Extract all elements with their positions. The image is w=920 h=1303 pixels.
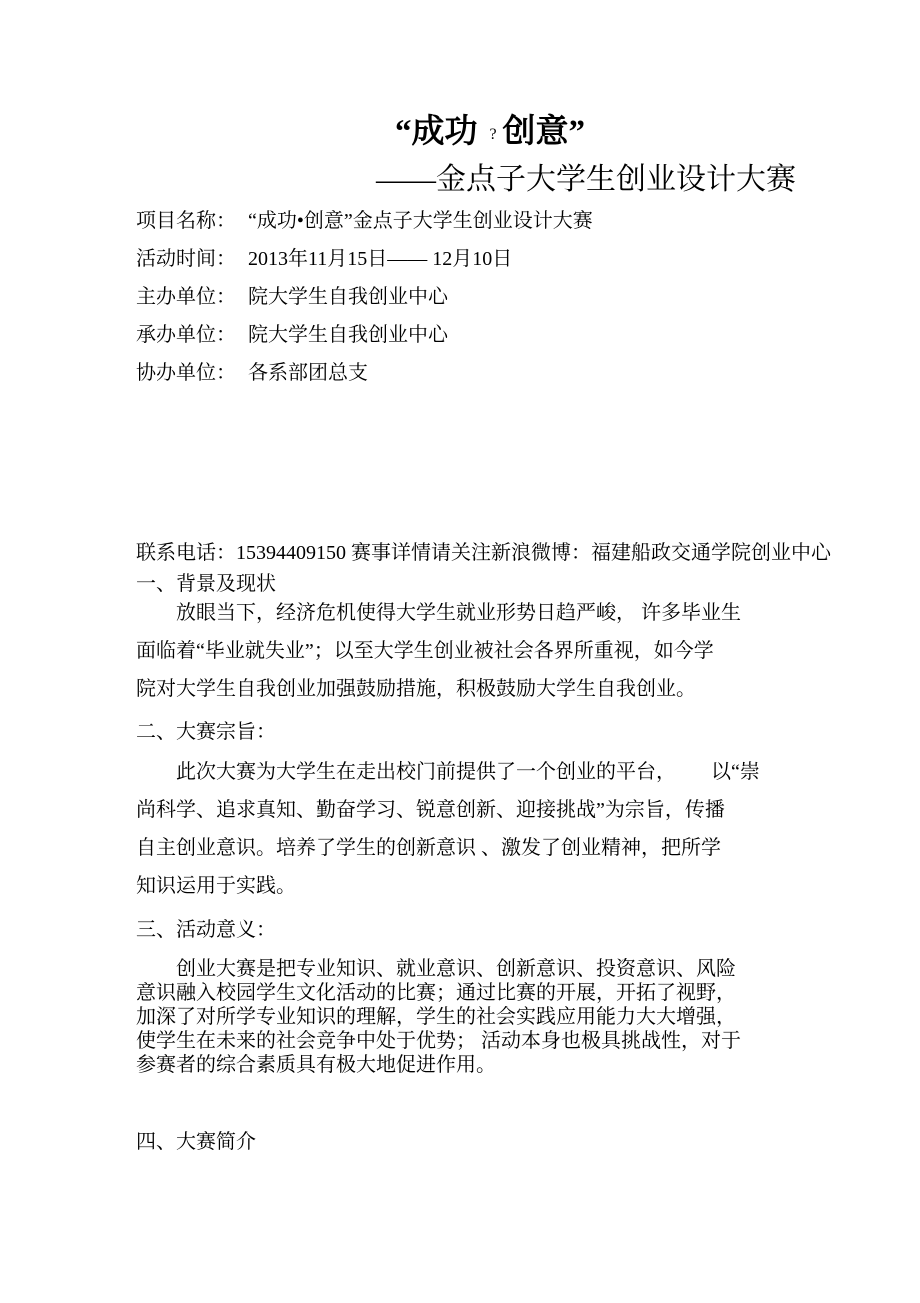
section-background: 一、背景及现状 放眼当下，经济危机使得大学生就业形势日趋严峻， 许多毕业生 面临… — [136, 568, 796, 708]
page-title: “成功?创意” — [136, 0, 796, 160]
section-introduction: 四、大赛简介 — [136, 1126, 796, 1158]
meta-label: 协办单位： — [136, 360, 248, 387]
meta-row-activity-time: 活动时间： 2013年11月15日—— 12月10日 — [136, 246, 796, 273]
document-content: “成功?创意” ——金点子大学生创业设计大赛 项目名称： “成功•创意”金点子大… — [136, 0, 796, 1158]
meta-row-project-name: 项目名称： “成功•创意”金点子大学生创业设计大赛 — [136, 208, 796, 235]
meta-value: 院大学生自我创业中心 — [248, 322, 448, 349]
meta-value: 各系部团总支 — [248, 360, 368, 387]
section-heading-purpose: 二、大赛宗旨： — [136, 716, 796, 748]
meta-label: 活动时间： — [136, 246, 248, 273]
section-heading-introduction: 四、大赛简介 — [136, 1126, 796, 1158]
meta-row-host-unit: 主办单位： 院大学生自我创业中心 — [136, 284, 796, 311]
document-page: “成功?创意” ——金点子大学生创业设计大赛 项目名称： “成功•创意”金点子大… — [0, 0, 920, 1303]
meta-row-co-organizer-unit: 协办单位： 各系部团总支 — [136, 360, 796, 387]
section-paragraph-significance: 创业大赛是把专业知识、就业意识、创新意识、投资意识、风险 意识融入校园学生文化活… — [136, 957, 796, 1077]
meta-label: 项目名称： — [136, 208, 248, 235]
meta-value: “成功•创意”金点子大学生创业设计大赛 — [248, 208, 593, 235]
section-heading-significance: 三、活动意义： — [136, 914, 796, 946]
section-purpose: 二、大赛宗旨： 此次大赛为大学生在走出校门前提供了一个创业的平台， 以“崇 尚科… — [136, 716, 796, 905]
section-paragraph-purpose: 此次大赛为大学生在走出校门前提供了一个创业的平台， 以“崇 尚科学、追求真知、勤… — [136, 753, 796, 905]
page-title-right: 创意” — [503, 114, 586, 150]
section-paragraph-background: 放眼当下，经济危机使得大学生就业形势日趋严峻， 许多毕业生 面临着“毕业就失业”… — [136, 594, 796, 708]
meta-label: 主办单位： — [136, 284, 248, 311]
page-title-question-mark: ? — [489, 126, 496, 143]
meta-value: 院大学生自我创业中心 — [248, 284, 448, 311]
contact-line: 联系电话：15394409150 赛事详情请关注新浪微博：福建船政交通学院创业中… — [136, 538, 796, 568]
meta-value: 2013年11月15日—— 12月10日 — [248, 246, 512, 273]
meta-list: 项目名称： “成功•创意”金点子大学生创业设计大赛 活动时间： 2013年11月… — [136, 208, 796, 387]
page-subtitle: ——金点子大学生创业设计大赛 — [136, 160, 796, 200]
meta-label: 承办单位： — [136, 322, 248, 349]
page-title-left: “成功 — [395, 114, 478, 150]
section-significance: 三、活动意义： 创业大赛是把专业知识、就业意识、创新意识、投资意识、风险 意识融… — [136, 914, 796, 1077]
meta-row-organizer-unit: 承办单位： 院大学生自我创业中心 — [136, 322, 796, 349]
